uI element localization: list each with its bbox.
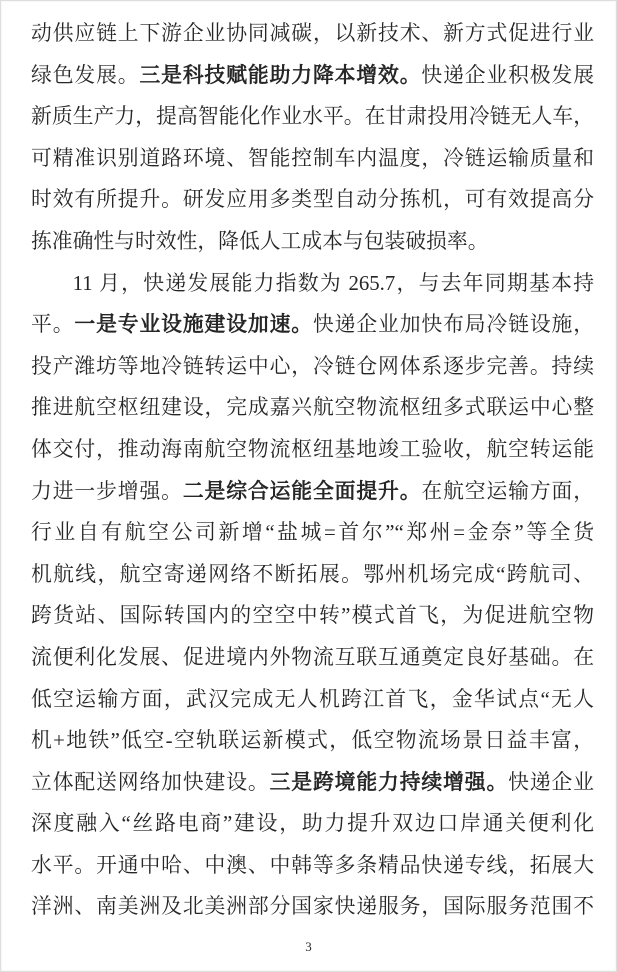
- text-line: 立体配送网络加快建设。三是跨境能力持续增强。快递企业: [31, 762, 594, 804]
- text-line: 低空运输方面，武汉完成无人机跨江首飞，金华试点“无人: [31, 679, 594, 721]
- text-line: 推进航空枢纽建设，完成嘉兴航空物流枢纽多式联运中心整: [31, 387, 594, 429]
- text-segment: 新质生产力，提高智能化作业水平。在甘肃投用冷链无人车，: [31, 105, 594, 128]
- text-line: 深度融入“丝路电商”建设，助力提升双边口岸通关便利化: [31, 803, 594, 845]
- text-line: 机+地铁”低空-空轨联运新模式，低空物流场景日益丰富，: [31, 720, 594, 762]
- text-line: 体交付，推动海南航空物流枢纽基地竣工验收，航空转运能: [31, 429, 594, 471]
- text-line: 跨货站、国际转国内的空空中转”模式首飞，为促进航空物: [31, 595, 594, 637]
- text-segment: 力进一步增强。: [31, 480, 183, 503]
- text-line: 机航线，航空寄递网络不断拓展。鄂州机场完成“跨航司、: [31, 554, 594, 596]
- page-number: 3: [1, 939, 616, 955]
- text-segment: 时效有所提升。研发应用多类型自动分拣机，可有效提高分: [31, 188, 594, 211]
- text-segment: 动供应链上下游企业协同减碳，以新技术、新方式促进行业: [31, 22, 594, 45]
- text-line: 11 月，快递发展能力指数为 265.7，与去年同期基本持: [31, 263, 594, 305]
- text-segment: 机航线，航空寄递网络不断拓展。鄂州机场完成“跨航司、: [31, 563, 594, 586]
- text-line: 流便利化发展、促进境内外物流互联互通奠定良好基础。在: [31, 637, 594, 679]
- text-line: 新质生产力，提高智能化作业水平。在甘肃投用冷链无人车，: [31, 96, 594, 138]
- text-segment: 立体配送网络加快建设。: [31, 771, 270, 794]
- text-segment: 拣准确性与时效性，降低人工成本与包装破损率。: [31, 230, 489, 253]
- text-segment: 行业自有航空公司新增“盐城=首尔”“郑州=金奈”等全货: [31, 521, 594, 544]
- text-segment: 跨货站、国际转国内的空空中转”模式首飞，为促进航空物: [31, 604, 594, 627]
- text-line: 行业自有航空公司新增“盐城=首尔”“郑州=金奈”等全货: [31, 512, 594, 554]
- text-line: 时效有所提升。研发应用多类型自动分拣机，可有效提高分: [31, 179, 594, 221]
- text-segment: 洋洲、南美洲及北美洲部分国家快递服务，国际服务范围不: [31, 895, 594, 918]
- text-segment: 深度融入“丝路电商”建设，助力提升双边口岸通关便利化: [31, 812, 594, 835]
- text-segment: 快递企业: [508, 771, 594, 794]
- text-line: 可精准识别道路环境、智能控制车内温度，冷链运输质量和: [31, 138, 594, 180]
- bold-text-segment: 三是科技赋能助力降本增效。: [139, 64, 421, 87]
- text-segment: 推进航空枢纽建设，完成嘉兴航空物流枢纽多式联运中心整: [31, 396, 594, 419]
- text-line: 力进一步增强。二是综合运能全面提升。在航空运输方面，: [31, 471, 594, 513]
- text-segment: 投产潍坊等地冷链转运中心，冷链仓网体系逐步完善。持续: [31, 355, 594, 378]
- text-segment: 机+地铁”低空-空轨联运新模式，低空物流场景日益丰富，: [31, 729, 594, 752]
- text-segment: 体交付，推动海南航空物流枢纽基地竣工验收，航空转运能: [31, 438, 594, 461]
- text-line: 投产潍坊等地冷链转运中心，冷链仓网体系逐步完善。持续: [31, 346, 594, 388]
- text-segment: 快递企业积极发展: [421, 64, 594, 87]
- document-body: 动供应链上下游企业协同减碳，以新技术、新方式促进行业绿色发展。三是科技赋能助力降…: [31, 13, 594, 928]
- text-line: 绿色发展。三是科技赋能助力降本增效。快递企业积极发展: [31, 55, 594, 97]
- bold-text-segment: 一是专业设施建设加速。: [74, 313, 313, 336]
- text-segment: 绿色发展。: [31, 64, 139, 87]
- text-segment: 水平。开通中哈、中澳、中韩等多条精品快递专线，拓展大: [31, 854, 594, 877]
- text-line: 水平。开通中哈、中澳、中韩等多条精品快递专线，拓展大: [31, 845, 594, 887]
- text-segment: 11 月，快递发展能力指数为 265.7，与去年同期基本持: [73, 272, 594, 295]
- bold-text-segment: 三是跨境能力持续增强。: [270, 771, 509, 794]
- text-segment: 快递企业加快布局冷链设施，: [313, 313, 594, 336]
- text-segment: 可精准识别道路环境、智能控制车内温度，冷链运输质量和: [31, 147, 594, 170]
- text-segment: 在航空运输方面，: [421, 480, 594, 503]
- bold-text-segment: 二是综合运能全面提升。: [183, 480, 422, 503]
- text-segment: 低空运输方面，武汉完成无人机跨江首飞，金华试点“无人: [31, 688, 594, 711]
- text-line: 拣准确性与时效性，降低人工成本与包装破损率。: [31, 221, 594, 263]
- text-line: 平。一是专业设施建设加速。快递企业加快布局冷链设施，: [31, 304, 594, 346]
- text-segment: 流便利化发展、促进境内外物流互联互通奠定良好基础。在: [31, 646, 594, 669]
- document-page: 动供应链上下游企业协同减碳，以新技术、新方式促进行业绿色发展。三是科技赋能助力降…: [0, 0, 617, 972]
- text-line: 洋洲、南美洲及北美洲部分国家快递服务，国际服务范围不: [31, 886, 594, 928]
- text-line: 动供应链上下游企业协同减碳，以新技术、新方式促进行业: [31, 13, 594, 55]
- text-segment: 平。: [31, 313, 74, 336]
